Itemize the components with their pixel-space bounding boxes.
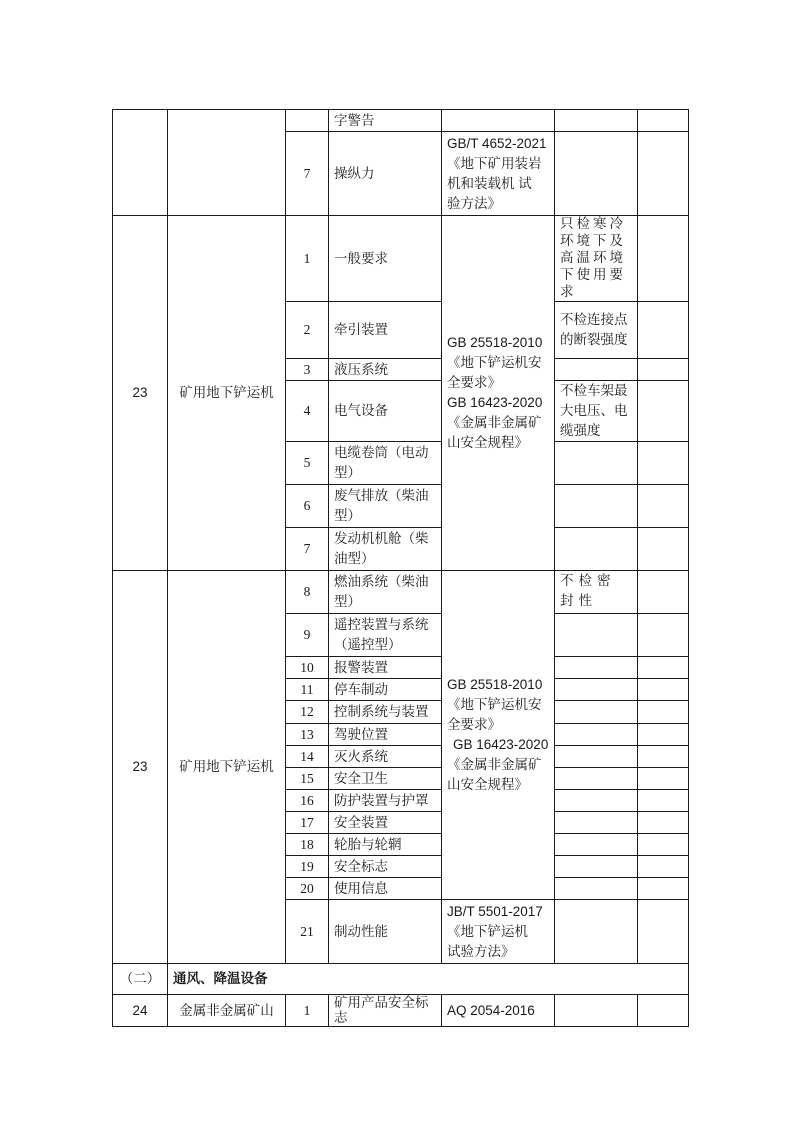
item-cell: 驾驶位置 (329, 724, 442, 746)
item-cell: 字警告 (329, 110, 442, 132)
note-cell (555, 746, 638, 768)
note-cell (555, 528, 638, 571)
remark-cell (638, 746, 689, 768)
table-row: 23 矿用地下铲运机 8 燃油系统（柴油型） GB 25518-2010 《地下… (113, 571, 689, 614)
remark-cell (638, 528, 689, 571)
standard-line: 验方法》 (447, 194, 549, 214)
item-cell: 液压系统 (329, 359, 442, 381)
item-number-cell: 7 (286, 528, 329, 571)
note-cell (555, 790, 638, 812)
item-cell: 操纵力 (329, 132, 442, 216)
note-cell (555, 900, 638, 964)
note-cell: 只检寒冷环境下及高温环境下使用要求 (555, 216, 638, 302)
item-cell: 电缆卷筒（电动型） (329, 442, 442, 485)
remark-cell (638, 724, 689, 746)
item-number-cell: 5 (286, 442, 329, 485)
remark-cell (638, 701, 689, 724)
item-cell: 牵引装置 (329, 302, 442, 359)
item-number-cell: 2 (286, 302, 329, 359)
item-number-cell: 6 (286, 485, 329, 528)
remark-cell (638, 790, 689, 812)
note-cell (555, 878, 638, 900)
remark-cell (638, 995, 689, 1027)
standard-line: JB/T 5501-2017 (447, 902, 549, 922)
item-number-cell: 20 (286, 878, 329, 900)
standard-line: 全要求》 (447, 715, 549, 735)
standard-cell: GB 25518-2010 《地下铲运机安 全要求》 GB 16423-2020… (442, 571, 555, 900)
item-cell: 发动机机舱（柴油型） (329, 528, 442, 571)
standard-line: GB 25518-2010 (447, 675, 549, 695)
standard-line: 《地下铲运机安 (447, 695, 549, 715)
note-cell (555, 442, 638, 485)
remark-cell (638, 856, 689, 878)
item-number-cell (286, 110, 329, 132)
item-cell: 废气排放（柴油型） (329, 485, 442, 528)
remark-cell (638, 442, 689, 485)
index-cell (113, 110, 168, 216)
item-cell: 防护装置与护罩 (329, 790, 442, 812)
note-cell (555, 995, 638, 1027)
standard-line: 山安全规程》 (447, 775, 549, 795)
item-number-cell: 18 (286, 834, 329, 856)
note-cell (555, 679, 638, 701)
inspection-standards-table: 字警告 7 操纵力 GB/T 4652-2021 《地下矿用装岩 机和装载机 试… (112, 109, 689, 1027)
remark-cell (638, 110, 689, 132)
item-cell: 安全卫生 (329, 768, 442, 790)
item-cell: 安全标志 (329, 856, 442, 878)
remark-cell (638, 571, 689, 614)
remark-cell (638, 485, 689, 528)
section-title: 通风、降温设备 (168, 964, 689, 995)
item-number-cell: 11 (286, 679, 329, 701)
remark-cell (638, 302, 689, 359)
note-cell: 不检车架最大电压、电缆强度 (555, 381, 638, 442)
standard-line: 《地下矿用装岩 (447, 154, 549, 174)
remark-cell (638, 878, 689, 900)
item-number-cell: 9 (286, 614, 329, 657)
item-number-cell: 4 (286, 381, 329, 442)
index-cell: 24 (113, 995, 168, 1027)
standard-line: 试验方法》 (447, 942, 549, 962)
table-row: 23 矿用地下铲运机 1 一般要求 GB 25518-2010 《地下铲运机安 … (113, 216, 689, 302)
product-name-cell: 金属非金属矿山 (168, 995, 286, 1027)
table-row: 字警告 (113, 110, 689, 132)
product-name-cell: 矿用地下铲运机 (168, 571, 286, 964)
item-cell: 灭火系统 (329, 746, 442, 768)
item-cell: 报警装置 (329, 657, 442, 679)
item-cell: 制动性能 (329, 900, 442, 964)
index-cell: 23 (113, 571, 168, 964)
document-page: 字警告 7 操纵力 GB/T 4652-2021 《地下矿用装岩 机和装载机 试… (0, 0, 794, 1123)
remark-cell (638, 834, 689, 856)
section-header-row: （二） 通风、降温设备 (113, 964, 689, 995)
item-number-cell: 16 (286, 790, 329, 812)
remark-cell (638, 216, 689, 302)
product-name-cell: 矿用地下铲运机 (168, 216, 286, 571)
standard-line: 机和装载机 试 (447, 174, 549, 194)
item-number-cell: 19 (286, 856, 329, 878)
product-name-cell (168, 110, 286, 216)
item-number-cell: 8 (286, 571, 329, 614)
standard-line: 《金属非金属矿 (447, 413, 549, 433)
item-number-cell: 3 (286, 359, 329, 381)
standard-line: 《地下铲运机安 (447, 353, 549, 373)
item-number-cell: 17 (286, 812, 329, 834)
item-cell: 一般要求 (329, 216, 442, 302)
remark-cell (638, 614, 689, 657)
note-cell: 不检连接点的断裂强度 (555, 302, 638, 359)
note-cell: 不检密封性 (555, 571, 638, 614)
note-cell (555, 657, 638, 679)
note-cell (555, 110, 638, 132)
standard-cell: AQ 2054-2016 (442, 995, 555, 1027)
remark-cell (638, 381, 689, 442)
item-cell: 矿用产品安全标志 (329, 995, 442, 1027)
item-number-cell: 7 (286, 132, 329, 216)
remark-cell (638, 812, 689, 834)
note-cell (555, 834, 638, 856)
standard-line: GB 25518-2010 (447, 333, 549, 353)
item-number-cell: 10 (286, 657, 329, 679)
note-cell (555, 701, 638, 724)
standard-line: 山安全规程》 (447, 433, 549, 453)
item-cell: 安全装置 (329, 812, 442, 834)
remark-cell (638, 657, 689, 679)
standard-cell: GB/T 4652-2021 《地下矿用装岩 机和装载机 试 验方法》 (442, 132, 555, 216)
note-cell (555, 856, 638, 878)
remark-cell (638, 768, 689, 790)
section-index: （二） (113, 964, 168, 995)
note-cell (555, 768, 638, 790)
note-cell (555, 812, 638, 834)
remark-cell (638, 900, 689, 964)
note-cell (555, 132, 638, 216)
item-cell: 轮胎与轮辋 (329, 834, 442, 856)
item-cell: 遥控装置与系统（遥控型） (329, 614, 442, 657)
standard-line: GB/T 4652-2021 (447, 134, 549, 154)
standard-line: GB 16423-2020 (447, 393, 549, 413)
item-number-cell: 12 (286, 701, 329, 724)
note-cell (555, 359, 638, 381)
remark-cell (638, 679, 689, 701)
item-number-cell: 14 (286, 746, 329, 768)
item-number-cell: 1 (286, 216, 329, 302)
note-cell (555, 485, 638, 528)
remark-cell (638, 359, 689, 381)
standard-cell: GB 25518-2010 《地下铲运机安 全要求》 GB 16423-2020… (442, 216, 555, 571)
standard-line: 《地下铲运机 (447, 922, 549, 942)
standard-line: 全要求》 (447, 373, 549, 393)
item-cell: 燃油系统（柴油型） (329, 571, 442, 614)
standard-cell: JB/T 5501-2017 《地下铲运机 试验方法》 (442, 900, 555, 964)
item-number-cell: 21 (286, 900, 329, 964)
item-cell: 使用信息 (329, 878, 442, 900)
standard-line: 《金属非金属矿 (447, 755, 549, 775)
item-number-cell: 1 (286, 995, 329, 1027)
remark-cell (638, 132, 689, 216)
note-cell (555, 614, 638, 657)
item-cell: 停车制动 (329, 679, 442, 701)
item-number-cell: 15 (286, 768, 329, 790)
standard-line: GB 16423-2020 (447, 735, 549, 755)
item-cell: 控制系统与装置 (329, 701, 442, 724)
table-row: 24 金属非金属矿山 1 矿用产品安全标志 AQ 2054-2016 (113, 995, 689, 1027)
item-cell: 电气设备 (329, 381, 442, 442)
note-cell (555, 724, 638, 746)
index-cell: 23 (113, 216, 168, 571)
item-number-cell: 13 (286, 724, 329, 746)
standard-cell (442, 110, 555, 132)
